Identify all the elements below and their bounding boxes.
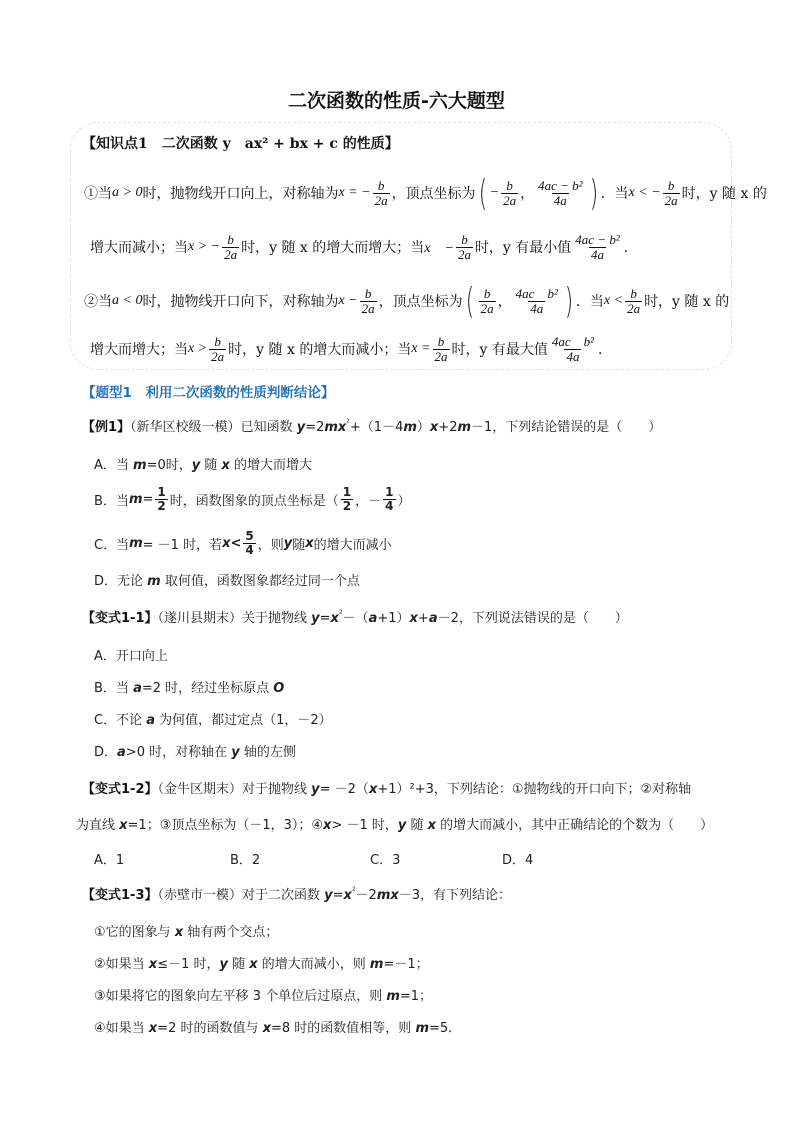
fraction: 54 [243, 530, 255, 556]
question-stem-continued: 为直线 x=1；③顶点坐标为（－1，3）；④x> －1 时，y 随 x 的增大而… [76, 814, 713, 833]
fraction: b2a [433, 335, 450, 363]
option-d[interactable]: D．4 [502, 849, 533, 868]
fraction: 4ac − b²4a [573, 233, 621, 261]
kp-text: 时，y 随 x 的 [682, 183, 767, 203]
fraction: 4ac − b²4a [536, 179, 584, 207]
fraction: 4ac b²4a [514, 287, 560, 315]
paren-right: ) [565, 281, 573, 322]
option-c[interactable]: C．不论 a 为何值，都过定点（1，－2） [94, 709, 332, 728]
question-stem: 【变式1-3】（赤壁市一模）对于二次函数 y=x²－2mx－3，有下列结论： [82, 884, 511, 903]
fraction: b2a [209, 335, 226, 363]
question-stem: 【变式1-2】（金牛区期末）对于抛物线 y= －2（x+1）²+3，下列结论：①… [82, 778, 691, 797]
fraction: 12 [341, 486, 353, 512]
kp-math: a > 0 [112, 185, 142, 201]
kp-text: 时，y 有最大值 [452, 339, 548, 359]
option-c[interactable]: C．3 [370, 849, 400, 868]
option-a[interactable]: A．当 m=0时，y 随 x 的增大而增大 [94, 454, 312, 473]
statement-4: ④如果当 x=2 时的函数值与 x=8 时的函数值相等，则 m=5． [94, 1017, 461, 1036]
page-title: 二次函数的性质-六大题型 [0, 86, 793, 113]
question-source: （金牛区期末） [158, 782, 243, 797]
option-c[interactable]: C．当 m= －1 时，若 x< 54 ，则 y随 x 的增大而减小 [94, 530, 392, 556]
fraction: b2a [222, 233, 239, 261]
question-source: （遂川县期末） [158, 611, 243, 626]
kp-math: x > − [188, 239, 220, 255]
kp-math: x > [188, 341, 207, 357]
kp-math: a < 0 [112, 293, 142, 309]
kp-text: 时，y 有最小值 [475, 237, 571, 257]
paren-left: ( [465, 281, 473, 322]
knowledge-line-4: 增大而增大；当 x > b2a 时，y 随 x 的增大而减小；当 x = b2a… [90, 326, 612, 372]
fraction: 4ac b²4a [550, 335, 596, 363]
knowledge-line-2: 增大而减小；当 x > − b2a 时，y 随 x 的增大而增大；当 x − b… [90, 224, 638, 270]
kp-math: x = − [338, 185, 370, 201]
section-heading: 【题型1 利用二次函数的性质判断结论】 [82, 381, 334, 401]
knowledge-point-heading: 【知识点1 二次函数 y ax² + bx + c 的性质】 [82, 133, 399, 153]
option-b[interactable]: B．2 [230, 849, 260, 868]
fraction: b2a [663, 179, 680, 207]
kp-text: 时，y 随 x 的 [644, 291, 729, 311]
question-stem: 【例1】（新华区校级一模）已知函数 y=2mx²+（1－4m）x+2m－1，下列… [82, 416, 661, 435]
kp-text: 时，y 随 x 的增大而减小；当 [228, 339, 411, 359]
question-label: 【变式1-2】 [82, 782, 158, 797]
kp-text: ．当 [601, 183, 629, 203]
kp-text: 增大而增大；当 [90, 339, 188, 359]
question-label: 【变式1-3】 [82, 888, 158, 903]
kp-text: 增大而减小；当 [90, 237, 188, 257]
kp-math: x < [604, 293, 623, 309]
statement-3: ③如果将它的图象向左平移 3 个单位后过原点，则 m=1； [94, 985, 432, 1004]
statement-1: ①它的图象与 x 轴有两个交点； [94, 921, 278, 940]
knowledge-line-3: ②当 a < 0 时，抛物线开口向下，对称轴为 x − b2a ，顶点坐标为 (… [84, 278, 729, 324]
fraction: b2a [501, 179, 518, 207]
paren-left: ( [478, 173, 486, 214]
kp-text: 时，抛物线开口向上，对称轴为 [142, 183, 338, 203]
option-b[interactable]: B．当 a=2 时，经过坐标原点 O [94, 677, 284, 696]
kp-text: 时，抛物线开口向下，对称轴为 [142, 291, 338, 311]
paren-right: ) [589, 173, 597, 214]
kp-text: 时，y 随 x 的增大而增大；当 [241, 237, 424, 257]
option-d[interactable]: D．无论 m 取何值，函数图象都经过同一个点 [94, 570, 360, 589]
question-source: （赤壁市一模） [158, 888, 243, 903]
question-label: 【变式1-1】 [82, 611, 158, 626]
question-source: （新华区校级一模） [130, 420, 241, 435]
fraction: b2a [456, 233, 473, 261]
kp-math: x < − [629, 185, 661, 201]
statement-2: ②如果当 x≤－1 时，y 随 x 的增大而减小，则 m=－1； [94, 953, 429, 972]
fraction: b2a [625, 287, 642, 315]
option-a[interactable]: A．开口向上 [94, 645, 168, 664]
kp-math: x − [338, 293, 357, 309]
fraction: b2a [360, 287, 377, 315]
option-d[interactable]: D．a>0 时，对称轴在 y 轴的左侧 [94, 741, 296, 760]
fraction: 12 [155, 486, 167, 512]
kp-math: x − [424, 237, 454, 257]
kp-text: ，顶点坐标为 [379, 291, 463, 311]
fraction: b2a [479, 287, 496, 315]
kp-math: x = [411, 341, 430, 357]
option-b[interactable]: B．当 m= 12 时，函数图象的顶点坐标是（ 12 ，－ 14 ） [94, 486, 411, 512]
option-a[interactable]: A．1 [94, 849, 124, 868]
knowledge-line-1: ①当 a > 0 时，抛物线开口向上，对称轴为 x = − b2a ，顶点坐标为… [84, 170, 767, 216]
kp-text: ②当 [84, 291, 112, 311]
kp-text: ，顶点坐标为 [392, 183, 476, 203]
question-label: 【例1】 [82, 420, 130, 435]
fraction: 14 [383, 486, 395, 512]
fraction: b2a [373, 179, 390, 207]
question-stem: 【变式1-1】（遂川县期末）关于抛物线 y=x²－（a+1）x+a－2，下列说法… [82, 607, 628, 626]
kp-text: ①当 [84, 183, 112, 203]
kp-text: ．当 [576, 291, 604, 311]
